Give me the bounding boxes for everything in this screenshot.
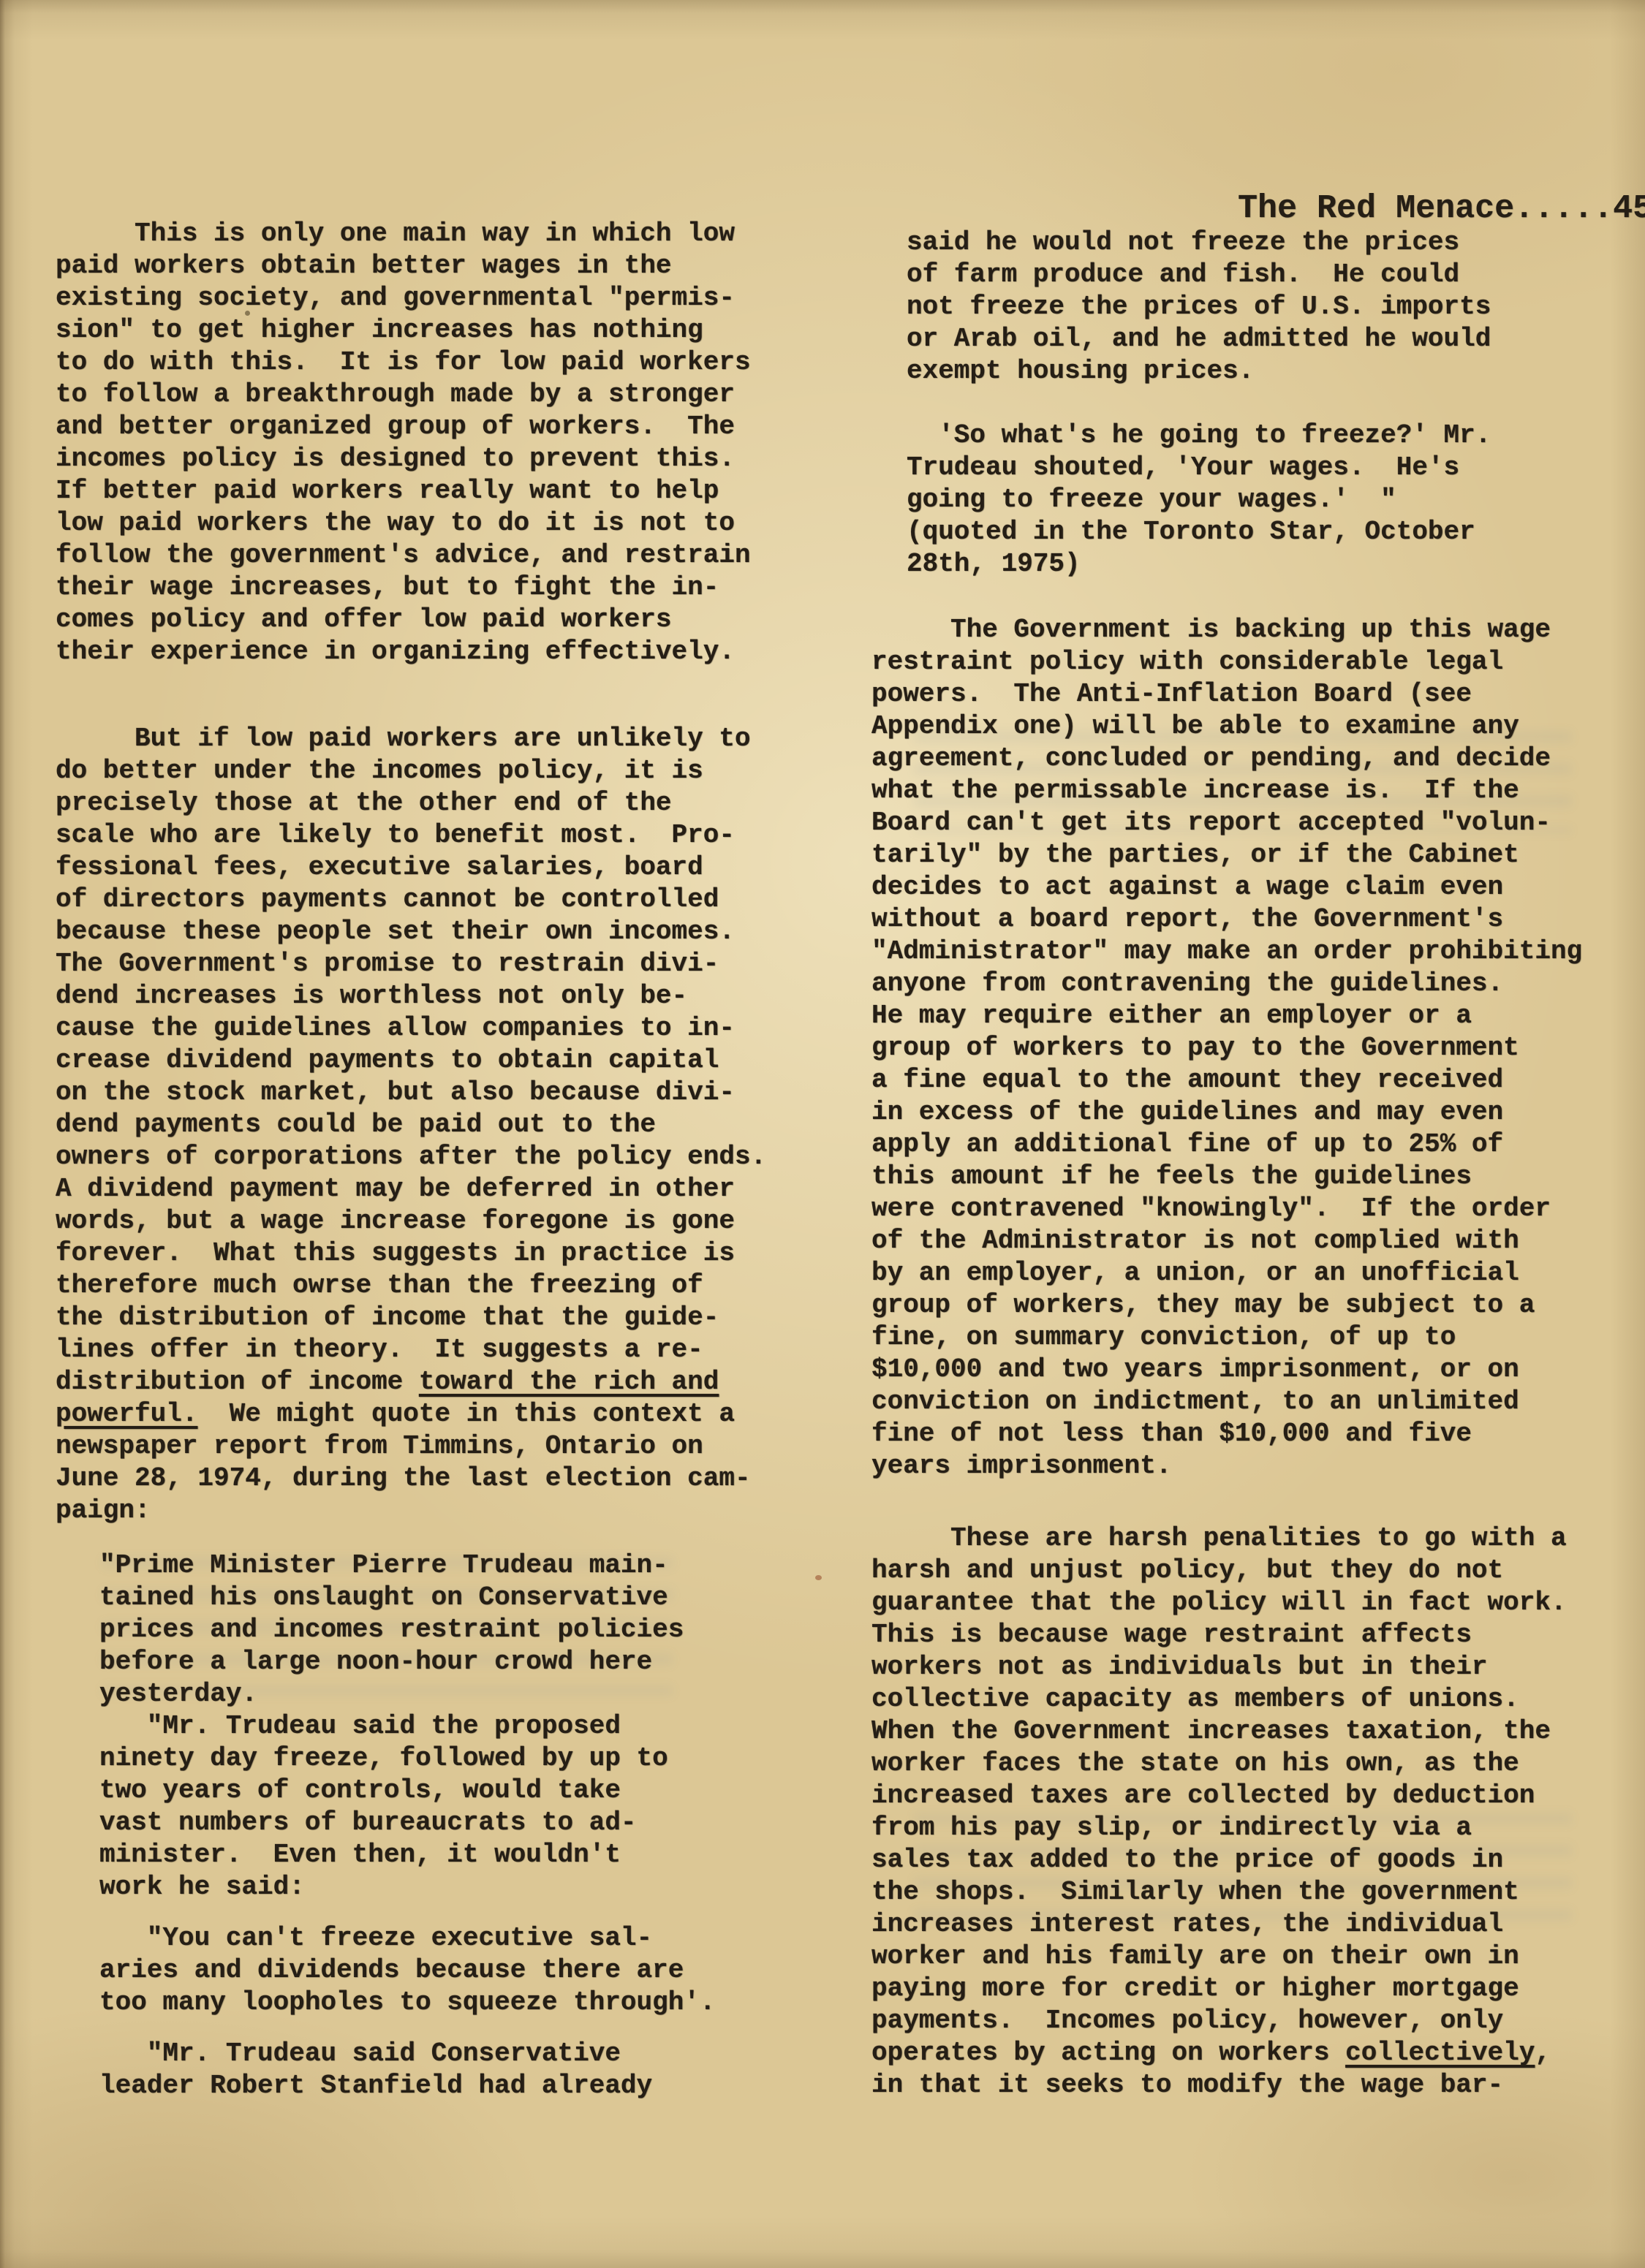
text-line: payments. Incomes policy, however, only (871, 2005, 1645, 2037)
text-line: what the permissable increase is. If the (871, 775, 1645, 807)
text-line: do better under the incomes policy, it i… (56, 755, 820, 787)
text-line: decides to act against a wage claim even (871, 871, 1645, 903)
text-line: yesterday. (99, 1678, 820, 1710)
text-line: workers not as individuals but in their (871, 1651, 1645, 1683)
text-line: "Mr. Trudeau said Conservative (99, 2038, 820, 2070)
page-title: The Red Menace.....45 (1238, 190, 1645, 227)
text-line: distribution of income toward the rich a… (56, 1366, 820, 1398)
text-line: increased taxes are collected by deducti… (871, 1780, 1645, 1812)
text-line: before a large noon-hour crowd here (99, 1646, 820, 1678)
text-line: harsh and unjust policy, but they do not (871, 1555, 1645, 1587)
text-line: crease dividend payments to obtain capit… (56, 1044, 820, 1077)
text-line: minister. Even then, it wouldn't (99, 1839, 820, 1871)
text-line: worker and his family are on their own i… (871, 1941, 1645, 1973)
text-line: $10,000 and two years imprisonment, or o… (871, 1354, 1645, 1386)
text-line: collective capacity as members of unions… (871, 1683, 1645, 1715)
text-line: dend increases is worthless not only be- (56, 980, 820, 1012)
text-line: He may require either an employer or a (871, 1000, 1645, 1032)
underlined-text: toward the rich and (419, 1367, 719, 1397)
text-line: newspaper report from Timmins, Ontario o… (56, 1430, 820, 1463)
text-line: paign: (56, 1495, 820, 1527)
text-line: leader Robert Stanfield had already (99, 2070, 820, 2102)
text-line: cause the guidelines allow companies to … (56, 1012, 820, 1044)
text-line: of directors payments cannot be controll… (56, 884, 820, 916)
text-line: too many loopholes to squeeze through'. (99, 1987, 820, 2019)
text-line: in excess of the guidelines and may even (871, 1096, 1645, 1129)
text-line: 28th, 1975) (907, 548, 1645, 580)
text-line: owners of corporations after the policy … (56, 1141, 820, 1173)
quote-block-2: "You can't freeze executive sal-aries an… (56, 1922, 820, 2019)
text-line: years imprisonment. (871, 1450, 1645, 1482)
text-line: from his pay slip, or indirectly via a (871, 1812, 1645, 1844)
text-line: dend payments could be paid out to the (56, 1109, 820, 1141)
text-line: "Prime Minister Pierre Trudeau main- (99, 1550, 820, 1582)
text-line: "Administrator" may make an order prohib… (871, 936, 1645, 968)
text-line: tarily" by the parties, or if the Cabine… (871, 839, 1645, 871)
text-line: or Arab oil, and he admitted he would (907, 323, 1645, 355)
text-line: conviction on indictment, to an unlimite… (871, 1386, 1645, 1418)
text-line: restraint policy with considerable legal (871, 646, 1645, 678)
text-line: precisely those at the other end of the (56, 787, 820, 819)
page: The Red Menace.....45 This is only one m… (0, 0, 1645, 2268)
text-line: their wage increases, but to fight the i… (56, 572, 820, 604)
text-line: not freeze the prices of U.S. imports (907, 291, 1645, 323)
text-line: the distribution of income that the guid… (56, 1302, 820, 1334)
text-line: These are harsh penalities to go with a (871, 1522, 1645, 1555)
text-line: to do with this. It is for low paid work… (56, 346, 820, 379)
text-segment: We might quote in this context a (197, 1399, 735, 1429)
text-line: vast numbers of bureaucrats to ad- (99, 1807, 820, 1839)
text-line: paying more for credit or higher mortgag… (871, 1973, 1645, 2005)
text-line: June 28, 1974, during the last election … (56, 1463, 820, 1495)
text-line: The Government is backing up this wage (871, 614, 1645, 646)
text-line: low paid workers the way to do it is not… (56, 507, 820, 539)
text-segment: , (1535, 2038, 1551, 2068)
text-line: words, but a wage increase foregone is g… (56, 1205, 820, 1237)
text-line: by an employer, a union, or an unofficia… (871, 1257, 1645, 1289)
text-line: going to freeze your wages.' " (907, 484, 1645, 516)
paragraph-4: These are harsh penalities to go with ah… (871, 1522, 1645, 2101)
text-line: lines offer in theory. It suggests a re- (56, 1334, 820, 1366)
quote-block-1: "Prime Minister Pierre Trudeau main-tain… (56, 1550, 820, 1903)
text-line: powerful. We might quote in this context… (56, 1398, 820, 1430)
text-line: comes policy and offer low paid workers (56, 604, 820, 636)
text-line: group of workers, they may be subject to… (871, 1289, 1645, 1321)
text-line: two years of controls, would take (99, 1775, 820, 1807)
text-line: of the Administrator is not complied wit… (871, 1225, 1645, 1257)
text-line: Board can't get its report accepted "vol… (871, 807, 1645, 839)
text-line: group of workers to pay to the Governmen… (871, 1032, 1645, 1064)
text-line: without a board report, the Government's (871, 903, 1645, 936)
text-line: 'So what's he going to freeze?' Mr. (907, 420, 1645, 452)
text-line: worker faces the state on his own, as th… (871, 1748, 1645, 1780)
underlined-text: collectively (1345, 2038, 1535, 2068)
text-line: follow the government's advice, and rest… (56, 539, 820, 572)
text-line: fine of not less than $10,000 and five (871, 1418, 1645, 1450)
text-line: This is because wage restraint affects (871, 1619, 1645, 1651)
text-line: apply an additional fine of up to 25% of (871, 1129, 1645, 1161)
text-line: aries and dividends because there are (99, 1954, 820, 1987)
text-line: When the Government increases taxation, … (871, 1715, 1645, 1748)
text-segment: distribution of income (56, 1367, 419, 1397)
text-line: The Government's promise to restrain div… (56, 948, 820, 980)
text-line: A dividend payment may be deferred in ot… (56, 1173, 820, 1205)
paragraph-2: But if low paid workers are unlikely tod… (56, 723, 820, 1527)
text-line: on the stock market, but also because di… (56, 1077, 820, 1109)
text-line: anyone from contravening the guidelines. (871, 968, 1645, 1000)
text-segment: operates by acting on workers (871, 2038, 1345, 2068)
text-line: forever. What this suggests in practice … (56, 1237, 820, 1270)
text-line: tained his onslaught on Conservative (99, 1582, 820, 1614)
text-line: and better organized group of workers. T… (56, 411, 820, 443)
text-line: existing society, and governmental "perm… (56, 282, 820, 314)
text-line: work he said: (99, 1871, 820, 1903)
text-line: because these people set their own incom… (56, 916, 820, 948)
quote-block-4: said he would not freeze the pricesof fa… (871, 227, 1645, 387)
quote-block-5: 'So what's he going to freeze?' Mr.Trude… (871, 420, 1645, 580)
quote-block-3: "Mr. Trudeau said Conservativeleader Rob… (56, 2038, 820, 2102)
paragraph-1: This is only one main way in which lowpa… (56, 218, 820, 668)
text-line: exempt housing prices. (907, 355, 1645, 387)
text-line: But if low paid workers are unlikely to (56, 723, 820, 755)
text-line: prices and incomes restraint policies (99, 1614, 820, 1646)
text-line: said he would not freeze the prices (907, 227, 1645, 259)
text-line: ninety day freeze, followed by up to (99, 1742, 820, 1775)
text-line: operates by acting on workers collective… (871, 2037, 1645, 2069)
text-line: powers. The Anti-Inflation Board (see (871, 678, 1645, 710)
text-line: agreement, concluded or pending, and dec… (871, 743, 1645, 775)
text-line: in that it seeks to modify the wage bar- (871, 2069, 1645, 2101)
text-line: Trudeau shouted, 'Your wages. He's (907, 452, 1645, 484)
text-line: increases interest rates, the individual (871, 1908, 1645, 1941)
text-line: therefore much owrse than the freezing o… (56, 1270, 820, 1302)
text-line: fessional fees, executive salaries, boar… (56, 852, 820, 884)
text-line: their experience in organizing effective… (56, 636, 820, 668)
text-line: If better paid workers really want to he… (56, 475, 820, 507)
text-line: of farm produce and fish. He could (907, 259, 1645, 291)
text-line: incomes policy is designed to prevent th… (56, 443, 820, 475)
column-left: This is only one main way in which lowpa… (56, 218, 820, 2102)
paragraph-3: The Government is backing up this wagere… (871, 614, 1645, 1482)
text-line: guarantee that the policy will in fact w… (871, 1587, 1645, 1619)
text-line: Appendix one) will be able to examine an… (871, 710, 1645, 743)
text-line: a fine equal to the amount they received (871, 1064, 1645, 1096)
text-line: This is only one main way in which low (56, 218, 820, 250)
text-line: sion" to get higher increases has nothin… (56, 314, 820, 346)
text-line: paid workers obtain better wages in the (56, 250, 820, 282)
text-line: sales tax added to the price of goods in (871, 1844, 1645, 1876)
text-line: (quoted in the Toronto Star, October (907, 516, 1645, 548)
text-line: to follow a breakthrough made by a stron… (56, 379, 820, 411)
text-line: were contravened "knowingly". If the ord… (871, 1193, 1645, 1225)
text-line: scale who are likely to benefit most. Pr… (56, 819, 820, 852)
underlined-text: powerful. (56, 1399, 197, 1429)
text-line: this amount if he feels the guidelines (871, 1161, 1645, 1193)
text-line: fine, on summary conviction, of up to (871, 1321, 1645, 1354)
column-right: said he would not freeze the pricesof fa… (871, 227, 1645, 2101)
text-line: the shops. Similarly when the government (871, 1876, 1645, 1908)
text-line: "You can't freeze executive sal- (99, 1922, 820, 1954)
text-line: "Mr. Trudeau said the proposed (99, 1710, 820, 1742)
